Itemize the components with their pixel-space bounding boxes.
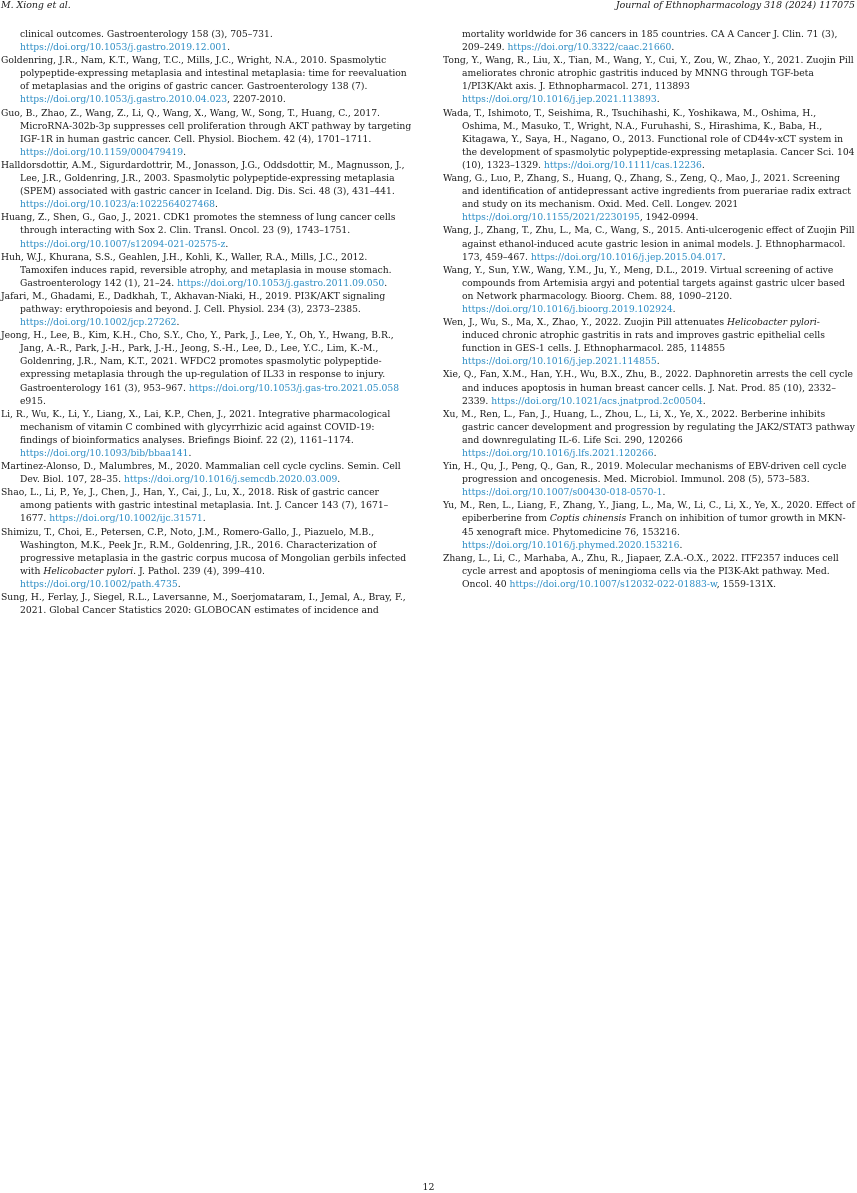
reference-text: .: [225, 239, 228, 250]
reference-entry: Li, R., Wu, K., Li, Y., Liang, X., Lai, …: [1, 408, 413, 460]
reference-entry: clinical outcomes. Gastroenterology 158 …: [1, 28, 413, 54]
doi-link[interactable]: https://doi.org/10.1016/j.jep.2021.11485…: [462, 356, 657, 367]
reference-text: Guo, B., Zhao, Z., Wang, Z., Li, Q., Wan…: [1, 108, 411, 145]
reference-text: .: [657, 94, 660, 105]
reference-text: . J. Pathol. 239 (4), 399–410.: [133, 566, 265, 577]
reference-text: Wang, G., Luo, P., Zhang, S., Huang, Q.,…: [443, 173, 851, 210]
reference-entry: Wang, J., Zhang, T., Zhu, L., Ma, C., Wa…: [443, 224, 855, 263]
reference-text: Wen, J., Wu, S., Ma, X., Zhao, Y., 2022.…: [443, 317, 727, 328]
reference-entry: Jafari, M., Ghadami, E., Dadkhah, T., Ak…: [1, 290, 413, 329]
reference-entry: Goldenring, J.R., Nam, K.T., Wang, T.C.,…: [1, 54, 413, 106]
doi-link[interactable]: https://doi.org/10.1016/j.semcdb.2020.03…: [124, 474, 337, 485]
reference-entry: Martinez-Alonso, D., Malumbres, M., 2020…: [1, 460, 413, 486]
doi-link[interactable]: https://doi.org/10.1159/000479419: [20, 147, 183, 158]
running-head: M. Xiong et al. Journal of Ethnopharmaco…: [0, 0, 857, 14]
reference-text: clinical outcomes. Gastroenterology 158 …: [20, 29, 273, 40]
reference-text: , 1559-131X.: [717, 579, 776, 590]
reference-entry: Shao, L., Li, P., Ye, J., Chen, J., Han,…: [1, 486, 413, 525]
reference-text: .: [671, 42, 674, 53]
reference-text: .: [227, 42, 230, 53]
reference-entry: Sung, H., Ferlay, J., Siegel, R.L., Lave…: [1, 591, 413, 617]
reference-entry: Shimizu, T., Choi, E., Petersen, C.P., N…: [1, 526, 413, 591]
reference-entry: Huh, W.J., Khurana, S.S., Geahlen, J.H.,…: [1, 251, 413, 290]
reference-text: .: [702, 160, 705, 171]
reference-entry: Wada, T., Ishimoto, T., Seishima, R., Ts…: [443, 107, 855, 172]
doi-link[interactable]: https://doi.org/10.1093/bib/bbaa141: [20, 448, 189, 459]
reference-entry: Halldorsdottir, A.M., Sigurdardottrir, M…: [1, 159, 413, 211]
doi-link[interactable]: https://doi.org/10.1007/s12032-022-01883…: [510, 579, 717, 590]
doi-link[interactable]: https://doi.org/10.1053/j.gastro.2010.04…: [20, 94, 227, 105]
doi-link[interactable]: https://doi.org/10.1002/path.4735: [20, 579, 178, 590]
doi-link[interactable]: https://doi.org/10.3322/caac.21660: [508, 42, 672, 53]
doi-link[interactable]: https://doi.org/10.1016/j.jep.2015.04.01…: [531, 252, 723, 263]
reference-text: .: [215, 199, 218, 210]
reference-text: .: [183, 147, 186, 158]
doi-link[interactable]: https://doi.org/10.1016/j.lfs.2021.12026…: [462, 448, 654, 459]
reference-text: .: [189, 448, 192, 459]
reference-text: Yin, H., Qu, J., Peng, Q., Gan, R., 2019…: [443, 461, 846, 485]
references-right-column: mortality worldwide for 36 cancers in 18…: [443, 28, 855, 591]
doi-link[interactable]: https://doi.org/10.1016/j.jep.2021.11389…: [462, 94, 657, 105]
reference-text: Wang, Y., Sun, Y.W., Wang, Y.M., Ju, Y.,…: [443, 265, 845, 302]
reference-entry: Huang, Z., Shen, G., Gao, J., 2021. CDK1…: [1, 211, 413, 250]
reference-italic-text: Helicobacter pylori: [43, 566, 133, 577]
reference-entry: mortality worldwide for 36 cancers in 18…: [443, 28, 855, 54]
reference-text: .: [203, 513, 206, 524]
reference-entry: Jeong, H., Lee, B., Kim, K.H., Cho, S.Y.…: [1, 329, 413, 408]
reference-entry: Guo, B., Zhao, Z., Wang, Z., Li, Q., Wan…: [1, 107, 413, 159]
doi-link[interactable]: https://doi.org/10.1021/acs.jnatprod.2c0…: [491, 396, 702, 407]
doi-link[interactable]: https://doi.org/10.1016/j.phymed.2020.15…: [462, 540, 680, 551]
reference-entry: Yu, M., Ren, L., Liang, F., Zhang, Y., J…: [443, 499, 855, 551]
reference-text: .: [657, 356, 660, 367]
reference-text: Huang, Z., Shen, G., Gao, J., 2021. CDK1…: [1, 212, 395, 236]
reference-text: .: [176, 317, 179, 328]
reference-entry: Wang, Y., Sun, Y.W., Wang, Y.M., Ju, Y.,…: [443, 264, 855, 316]
reference-text: .: [673, 304, 676, 315]
reference-text: Halldorsdottir, A.M., Sigurdardottrir, M…: [1, 160, 405, 197]
reference-entry: Zhang, L., Li, C., Marhaba, A., Zhu, R.,…: [443, 552, 855, 591]
reference-text: e915.: [20, 396, 46, 407]
reference-text: Jafari, M., Ghadami, E., Dadkhah, T., Ak…: [1, 291, 385, 315]
doi-link[interactable]: https://doi.org/10.1002/jcp.27262: [20, 317, 176, 328]
doi-link[interactable]: https://doi.org/10.1002/ijc.31571: [49, 513, 203, 524]
reference-text: .: [337, 474, 340, 485]
reference-italic-text: Coptis chinensis: [550, 513, 626, 524]
reference-text: .: [723, 252, 726, 263]
doi-link[interactable]: https://doi.org/10.1007/s00430-018-0570-…: [462, 487, 662, 498]
reference-entry: Xie, Q., Fan, X.M., Han, Y.H., Wu, B.X.,…: [443, 368, 855, 407]
reference-text: Goldenring, J.R., Nam, K.T., Wang, T.C.,…: [1, 55, 407, 92]
reference-text: .: [703, 396, 706, 407]
doi-link[interactable]: https://doi.org/10.1007/s12094-021-02575…: [20, 239, 225, 250]
reference-text: Li, R., Wu, K., Li, Y., Liang, X., Lai, …: [1, 409, 390, 446]
reference-text: , 1942-0994.: [640, 212, 699, 223]
header-authors: M. Xiong et al.: [1, 0, 71, 12]
reference-text: , 2207-2010.: [227, 94, 286, 105]
reference-entry: Wen, J., Wu, S., Ma, X., Zhao, Y., 2022.…: [443, 316, 855, 368]
reference-entry: Tong, Y., Wang, R., Liu, X., Tian, M., W…: [443, 54, 855, 106]
references-left-column: clinical outcomes. Gastroenterology 158 …: [1, 28, 413, 617]
reference-entry: Wang, G., Luo, P., Zhang, S., Huang, Q.,…: [443, 172, 855, 224]
reference-text: Tong, Y., Wang, R., Liu, X., Tian, M., W…: [443, 55, 854, 92]
reference-text: .: [384, 278, 387, 289]
reference-text: .: [178, 579, 181, 590]
doi-link[interactable]: https://doi.org/10.1155/2021/2230195: [462, 212, 640, 223]
reference-text: Xu, M., Ren, L., Fan, J., Huang, L., Zho…: [443, 409, 855, 446]
doi-link[interactable]: https://doi.org/10.1053/j.gastro.2011.09…: [177, 278, 384, 289]
doi-link[interactable]: https://doi.org/10.1016/j.bioorg.2019.10…: [462, 304, 673, 315]
reference-text: .: [680, 540, 683, 551]
reference-entry: Yin, H., Qu, J., Peng, Q., Gan, R., 2019…: [443, 460, 855, 499]
header-journal: Journal of Ethnopharmacology 318 (2024) …: [616, 0, 855, 12]
reference-italic-text: Helicobacter pylori: [727, 317, 817, 328]
doi-link[interactable]: https://doi.org/10.1111/cas.12236: [544, 160, 702, 171]
reference-text: .: [662, 487, 665, 498]
doi-link[interactable]: https://doi.org/10.1023/a:1022564027468: [20, 199, 215, 210]
reference-entry: Xu, M., Ren, L., Fan, J., Huang, L., Zho…: [443, 408, 855, 460]
page-number: 12: [0, 1183, 857, 1193]
doi-link[interactable]: https://doi.org/10.1053/j.gastro.2019.12…: [20, 42, 227, 53]
doi-link[interactable]: https://doi.org/10.1053/j.gas-tro.2021.0…: [189, 383, 399, 394]
reference-text: .: [654, 448, 657, 459]
reference-text: Sung, H., Ferlay, J., Siegel, R.L., Lave…: [1, 592, 406, 616]
